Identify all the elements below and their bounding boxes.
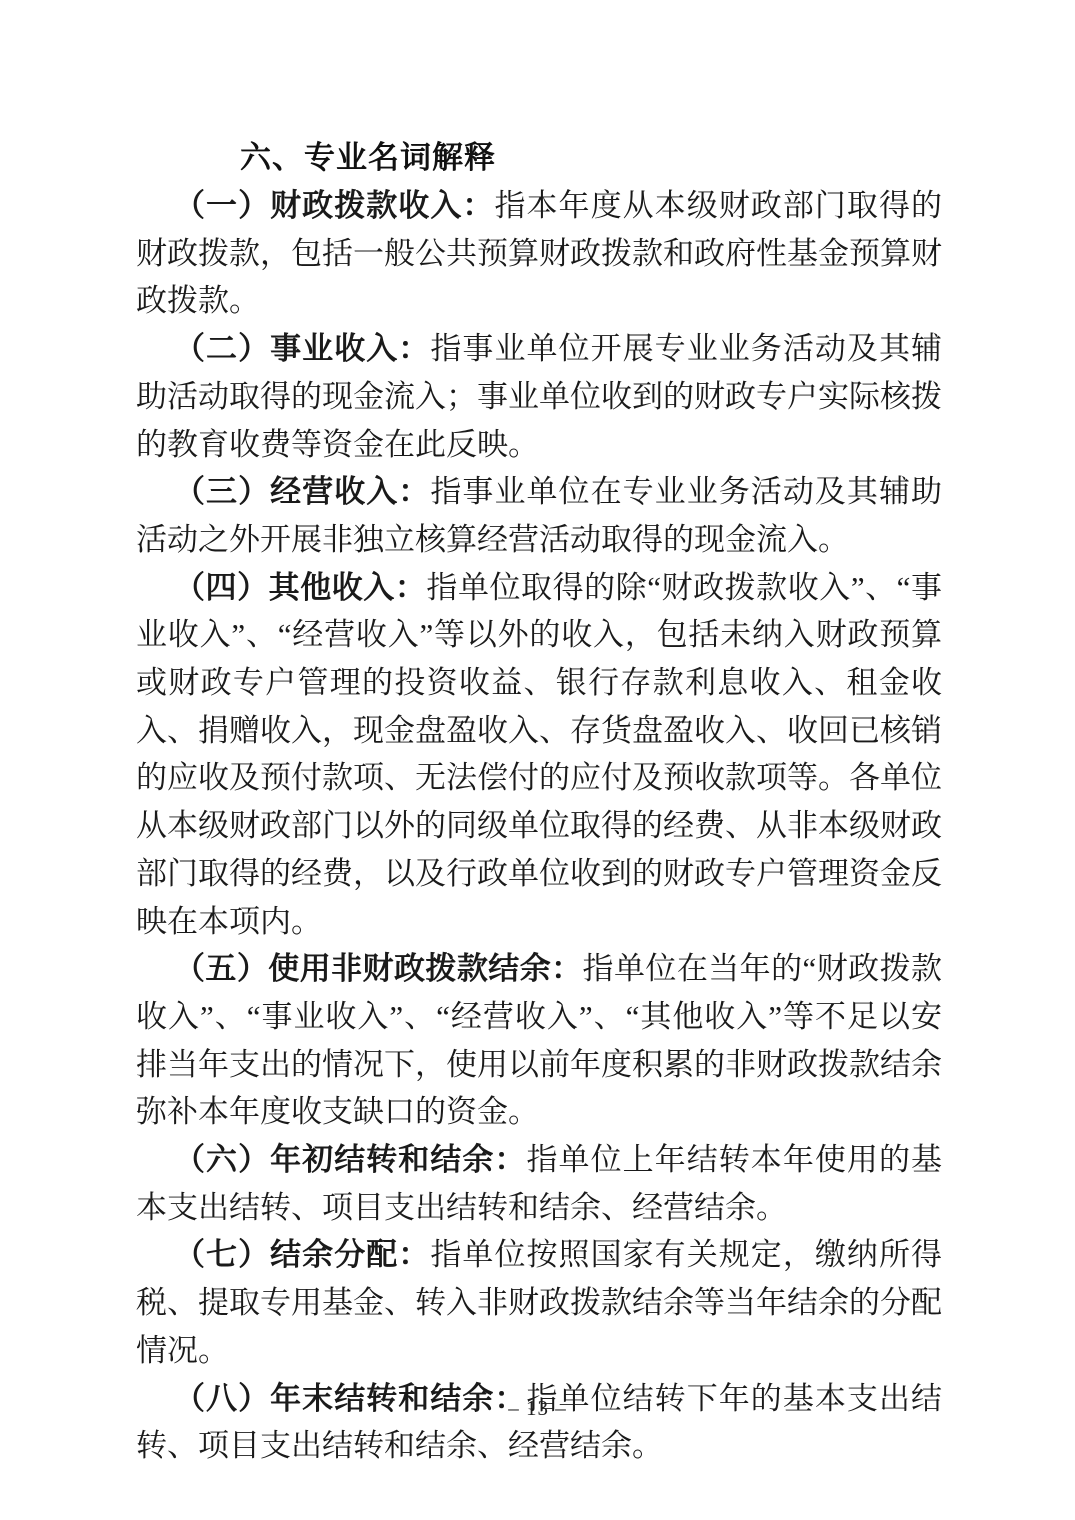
- term-definition: 指单位取得的除“财政拨款收入”、“事业收入”、“经营收入”等以外的收入，包括未纳…: [136, 570, 942, 939]
- term-label: （一）财政拨款收入：: [174, 188, 494, 223]
- term-label: （五）使用非财政拨款结余：: [174, 951, 583, 986]
- term-label: （三）经营收入：: [174, 474, 430, 509]
- document-body: 六、专业名词解释 （一）财政拨款收入：指本年度从本级财政部门取得的财政拨款，包括…: [136, 134, 942, 1470]
- term-label: （四）其他收入：: [174, 570, 426, 605]
- document-page: 六、专业名词解释 （一）财政拨款收入：指本年度从本级财政部门取得的财政拨款，包括…: [0, 0, 1075, 1520]
- definition-paragraph-7: （七）结余分配：指单位按照国家有关规定，缴纳所得税、提取专用基金、转入非财政拨款…: [136, 1231, 942, 1374]
- section-title: 六、专业名词解释: [240, 134, 942, 182]
- page-number: – 13 –: [0, 1396, 1075, 1421]
- definition-paragraph-5: （五）使用非财政拨款结余：指单位在当年的“财政拨款收入”、“事业收入”、“经营收…: [136, 945, 942, 1136]
- term-label: （七）结余分配：: [174, 1237, 430, 1272]
- definition-paragraph-3: （三）经营收入：指事业单位在专业业务活动及其辅助活动之外开展非独立核算经营活动取…: [136, 468, 942, 563]
- definition-paragraph-8: （八）年末结转和结余：指单位结转下年的基本支出结转、项目支出结转和结余、经营结余…: [136, 1375, 942, 1470]
- term-label: （六）年初结转和结余：: [174, 1142, 526, 1177]
- definition-paragraph-6: （六）年初结转和结余：指单位上年结转本年使用的基本支出结转、项目支出结转和结余、…: [136, 1136, 942, 1231]
- definition-paragraph-2: （二）事业收入：指事业单位开展专业业务活动及其辅助活动取得的现金流入；事业单位收…: [136, 325, 942, 468]
- term-label: （二）事业收入：: [174, 331, 430, 366]
- definition-paragraph-4: （四）其他收入：指单位取得的除“财政拨款收入”、“事业收入”、“经营收入”等以外…: [136, 564, 942, 946]
- definition-paragraph-1: （一）财政拨款收入：指本年度从本级财政部门取得的财政拨款，包括一般公共预算财政拨…: [136, 182, 942, 325]
